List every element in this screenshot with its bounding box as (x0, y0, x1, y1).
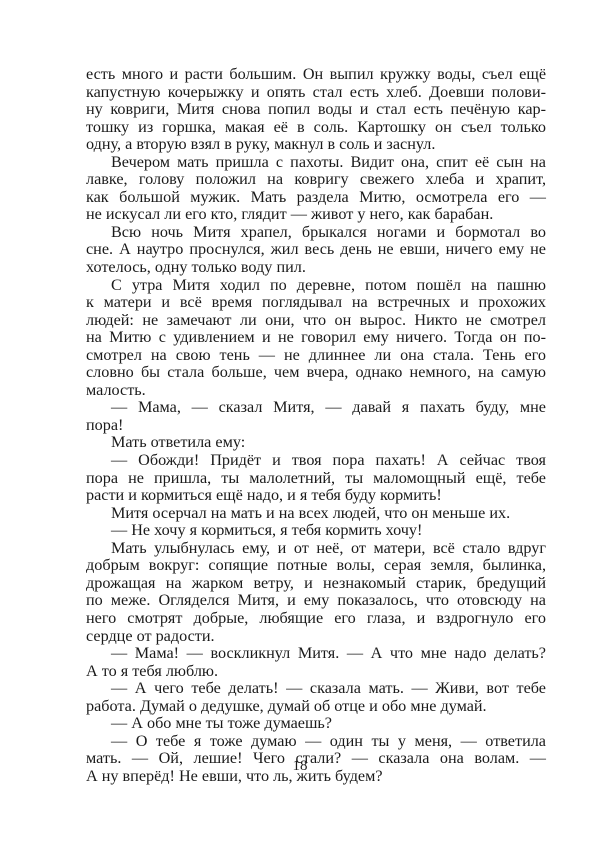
text-line: словно бы стала больше, чем вчера, однак… (86, 364, 546, 382)
text-line: — Не хочу я кормиться, я тебя кормить хо… (86, 522, 546, 540)
text-line: на Митю с удивлением и не говорил ему ни… (86, 329, 546, 347)
text-line: не искусал ли его кто, глядит — живот у … (86, 206, 546, 224)
text-line: С утра Митя ходил по деревне, потом пошё… (86, 277, 546, 295)
text-line: — Мама! — воскликнул Митя. — А что мне н… (86, 645, 546, 663)
book-page: есть много и расти большим. Он выпил кру… (0, 0, 600, 858)
text-line: — Мама, — сказал Митя, — давай я пахать … (86, 399, 546, 417)
text-line: работа. Думай о дедушке, думай об отце и… (86, 698, 546, 716)
text-line: него смотрят добрые, любящие его глаза, … (86, 610, 546, 628)
text-line: смотрел на свою тень — не длиннее ли она… (86, 347, 546, 365)
text-line: капустную кочерыжку и опять стал есть хл… (86, 84, 546, 102)
text-line: Всю ночь Митя храпел, брыкался ногами и … (86, 224, 546, 242)
text-line: пора не пришла, ты малолетний, ты маломо… (86, 470, 546, 488)
text-line: пора! (86, 417, 546, 435)
text-line: — А обо мне ты тоже думаешь? (86, 715, 546, 733)
text-line: дрожащая на жарком ветру, и незнакомый с… (86, 575, 546, 593)
text-line: есть много и расти большим. Он выпил кру… (86, 66, 546, 84)
text-line: к матери и всё время поглядывал на встре… (86, 294, 546, 312)
text-line: по меже. Огляделся Митя, и ему показалос… (86, 592, 546, 610)
text-line: сне. А наутро проснулся, жил весь день н… (86, 241, 546, 259)
text-line: Вечером мать пришла с пахоты. Видит она,… (86, 154, 546, 172)
text-line: как большой мужик. Мать раздела Митю, ос… (86, 189, 546, 207)
body-text: есть много и расти большим. Он выпил кру… (86, 66, 546, 785)
text-line: лавке, голову положил на ковригу свежего… (86, 171, 546, 189)
text-line: Мать ответила ему: (86, 434, 546, 452)
text-line: тошку из горшка, макая её в соль. Картош… (86, 119, 546, 137)
text-line: малость. (86, 382, 546, 400)
text-line: — О тебе я тоже думаю — один ты у меня, … (86, 733, 546, 751)
text-line: хотелось, одну только воду пил. (86, 259, 546, 277)
text-line: ну ковриги, Митя снова попил воды и стал… (86, 101, 546, 119)
text-line: сердце от радости. (86, 628, 546, 646)
text-line: людей: не замечают ли они, что он вырос.… (86, 312, 546, 330)
text-line: одну, а вторую взял в руку, макнул в сол… (86, 136, 546, 154)
text-line: добрым вокруг: сопящие потные волы, сера… (86, 557, 546, 575)
page-number: 18 (0, 758, 600, 775)
text-line: Мать улыбнулась ему, и от неё, от матери… (86, 540, 546, 558)
text-line: — Обожди! Придёт и твоя пора пахать! А с… (86, 452, 546, 470)
text-line: Митя осерчал на мать и на всех людей, чт… (86, 505, 546, 523)
text-line: А то я тебя люблю. (86, 663, 546, 681)
text-line: — А чего тебе делать! — сказала мать. — … (86, 680, 546, 698)
text-line: расти и кормиться ещё надо, и я тебя буд… (86, 487, 546, 505)
